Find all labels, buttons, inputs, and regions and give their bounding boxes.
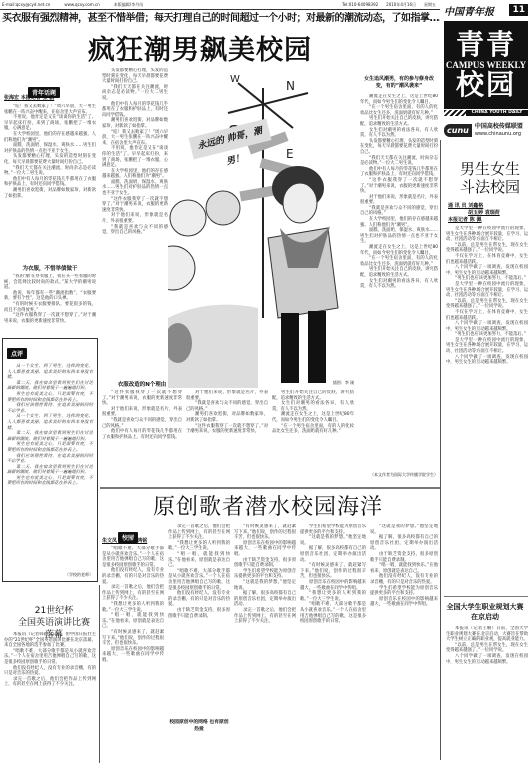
paragraph: “唱歌不难，大部分歌手都是从小就喜欢音乐。”一个人在宿舍里用吉他弹唱自己写的歌，…	[300, 602, 366, 624]
paragraph: “我们天天都在关注潮流，时尚杂志是必读物。”一位大二男生说。	[102, 85, 168, 102]
paragraph: 学生们希望学校能为原创音乐提供更多的平台和支持。	[234, 569, 296, 580]
header-email: E-mail:qcxy@cyd.net.cn	[2, 0, 50, 9]
side-feature-title-line1: 男生女生	[455, 160, 525, 178]
paragraph: 他们中有人每月的零花钱几乎都用在了衣服和护肤品上，有时还向同学借钱。	[102, 102, 168, 119]
page-number: 11	[509, 4, 528, 16]
paper-logo: 中国青年报	[444, 3, 494, 18]
paragraph: 据了解，很多高校都有自己的原创音乐社团，定期举办演出活动。	[234, 591, 296, 608]
paragraph: “有的时候买衣服要排队，要花很多的钱，而且不舍得放弃。”	[4, 302, 96, 313]
paragraph: 录完一首歌之后，他们会把作品上传到网上，有的甚至在网上获得了不少关注。	[4, 677, 96, 688]
union-url[interactable]: www.chinaunu.org	[475, 131, 521, 137]
deck-subheadline: 买衣服有强烈精神，甚至不惜举借；每天打理自己的时间超过一个小时；对最新的潮流动态…	[2, 12, 440, 26]
paragraph: “这件衣服我穿了一次就不想穿了。”对于潮男来说，衣服的更新速度非常快。	[102, 390, 182, 407]
main-byline: 张海宏 本报记者 张 鹏	[4, 94, 98, 101]
paragraph: “唱一唱，就能找到快乐。”在他看来，原创就是表达自己。	[370, 563, 438, 574]
commentary-credit: （学校的老师）	[3, 572, 97, 578]
paragraph: 是大学里一种在校园中流行的现象，男生女生在各种场合展开较量，在学习、运动、社团活…	[446, 282, 528, 299]
paragraph: “这件衣服我穿了一次就不想穿了。”对于潮男来说，衣服的更新速度非常快。	[360, 178, 438, 195]
paragraph: 对于他们来说，形象就是名片，外表很重要。	[102, 213, 168, 224]
paragraph: 不用说，他肯定是又在“谈谈你的生活”了。早早起床打扮，来到了商场，张鹏把了一堆衣…	[4, 115, 96, 132]
paragraph: “这件衣服我穿了一次就不想穿了。”对于潮男来说，衣服的更新速度非常快。	[102, 197, 168, 214]
paragraph: “我就是喜欢与众不同的感觉，穿出自己的风格。”	[360, 206, 438, 217]
paragraph: 本报讯（记者韩新）日前，由中国日报社主办的“21世纪杯”全国英语演讲比赛在北京落…	[4, 632, 96, 649]
paragraph: “我就是喜欢与众不同的感觉，穿出自己的风格。”	[102, 418, 182, 429]
paragraph: 他们中有人每月的零花钱几乎都用在了衣服和护肤品上，有时还向同学借钱。	[102, 429, 182, 440]
union-block: cunu 中国高校传媒联盟 www.chinaunu.org	[444, 123, 528, 138]
paragraph: 女生们对潮男的看法各异，有人欣赏，有人不以为然。	[272, 401, 354, 412]
paragraph: 由于缺乏资金支持，很多原创歌手只能自费录制。	[168, 608, 230, 619]
paragraph: 对于他们来说，形象就是名片，外表很重要。	[102, 407, 182, 418]
paragraph: 男生们开始关注自己的皮肤，讲究搭配，追求精致的生活方式。	[272, 390, 354, 401]
paragraph: 学生们希望学校能为原创音乐提供更多的平台和支持。	[370, 586, 438, 597]
commentary-tag: 点评	[7, 348, 27, 359]
main-column-3: 对于他们来说，形象就是名片，外表很重要。 “我就是喜欢与众不同的感觉，穿出自己的…	[186, 390, 268, 482]
paragraph: “唱一唱，就能找到快乐。”在他看来，原创就是表达自己。	[168, 552, 230, 569]
paragraph: “在一个男生宿舍里面，有的人的化妆品比女生还多，洗面奶就有好几种。”	[360, 256, 438, 267]
side-feature-title-line2: 斗法校园	[455, 178, 525, 196]
main-column-5: 潮流走在女生之上，这是上世纪80年代，而如今男生们的变化令人瞩目。 “在一个男生…	[360, 94, 438, 428]
paragraph: “我的‘潮’在穿衣服上，我在买一些衣服的时候，会选择比较时尚的款式。”某大学的潮…	[4, 274, 96, 291]
china-youth-daily-label: CHINA YOUTH DAILY	[466, 110, 528, 116]
side-feature-title: 男生女生 斗法校园	[455, 160, 525, 196]
nameplate-top: 青青	[456, 30, 516, 60]
paragraph: 八个同学做了一项调查，发现在校园中，男生女生的互动越来越频繁。	[446, 265, 528, 276]
paragraph: 他们没有经纪人，没有专业的录音棚，有的只是对音乐的热爱。	[168, 591, 230, 608]
second-column-5: “这就是我的梦想。”他坚定地说。 据了解，很多高校都有自己的原创音乐社团，定期举…	[370, 524, 438, 762]
main-credit: （本文作者为国际大学传播学院学生）	[360, 472, 438, 478]
fashion-illustration: S N W E 插图：李 刚	[168, 68, 358, 388]
paragraph: 第二天，我在宿舍里看到男生们在讨论最新的潮流，他们对着镜子一遍遍地打扮。	[7, 431, 93, 442]
svg-text:W: W	[230, 74, 240, 85]
paragraph: 从一个女生，到了男生，这样的变化，人人都喜欢美丽，追求美好的东西本身没有错。	[7, 414, 93, 431]
svg-text:E: E	[286, 147, 294, 161]
commentary-box: 点评 从一个女生，到了男生，这样的变化，人人都喜欢美丽，追求美好的东西本身没有错…	[2, 338, 98, 582]
paragraph: 在大学校园里，他们的存在感越来越强。人们称他们为“潮男”。	[4, 132, 96, 143]
story-divider	[100, 487, 440, 489]
side-feature-text: 是大学里一种在校园中流行的现象，男生女生在各种场合展开较量，在学习、运动、社团活…	[446, 226, 528, 596]
second-headline: 原创歌者潜水校园海洋	[138, 494, 398, 524]
paragraph: “这件衣服我穿了一次就不想穿了。”对于潮男来说，衣服的更新速度非常快。	[186, 424, 268, 435]
main-intro-column: “哇！我又去败家了！”周六早晨，大一男生张鹏在一阵兴奋中醒来，在宿舍里大声宣布。…	[4, 104, 96, 260]
paragraph: 他们中有人每月的零花钱几乎都用在了衣服和护肤品上，有时还向同学借钱。	[4, 177, 96, 188]
paragraph: 录完一首歌之后，他们会把作品上传到网上，有的甚至在网上获得了不少关注。	[234, 608, 296, 625]
paragraph: 他们没有经纪人，没有专业的录音棚，有的只是对音乐的热爱。	[102, 568, 164, 585]
paragraph: 我们应该理性看待，在追求美丽的同时不忘学业。	[7, 403, 93, 414]
paragraph: 男生也有爱美之心，只是需要有度，不要把所有的时间和金钱都花在外表上。	[7, 476, 93, 487]
paragraph: 潮男们喜欢逛街，对品牌如数家珍，对新款了如指掌。	[4, 188, 96, 199]
paragraph: “唱歌不难，大部分歌手都是从小就喜欢音乐。”一个人在宿舍里用吉他弹唱自己写的歌，…	[102, 546, 164, 568]
header-date: 2010年4月16日	[386, 0, 416, 9]
paragraph: 男生们开始关注自己的皮肤，讲究搭配，追求精致的生活方式。	[360, 116, 438, 127]
header-weekday: 星期五	[424, 0, 436, 9]
subhead-1: 为衣服，不惜举债做干	[4, 264, 96, 272]
paragraph: 面膜、洗面奶、保湿水、爽肤水……男生们对护肤品的热情一点也不亚于女生。	[360, 228, 438, 245]
column-rule	[99, 585, 100, 763]
paragraph: 头发都要精心打理，头发的造型时刻在变化，每天早晨都要花费大量时间打扮自己。	[102, 68, 168, 85]
paragraph: 据了解，很多高校都有自己的原创音乐社团，定期举办演出活动。	[370, 535, 438, 552]
nameplate-bottom: 校园	[456, 70, 516, 100]
paragraph: 他们没有经纪人，没有专业的录音棚，有的只是对音乐的热爱。	[4, 666, 96, 677]
byline-line: 胡玉婷 袁瑞荷	[448, 210, 528, 217]
paragraph: 潮男们喜欢逛街，对品牌如数家珍，对新款了如指掌。	[186, 412, 268, 423]
second-column-1: “唱歌不难，大部分歌手都是从小就喜欢音乐。”一个人在宿舍里用吉他弹唱自己写的歌，…	[102, 546, 164, 762]
side-news2-title-line1: 全国大学生职业规划大赛	[440, 602, 530, 612]
paragraph: 由于缺乏资金支持，很多原创歌手只能自费录制。	[234, 558, 296, 569]
paragraph: 由于缺乏资金支持，很多原创歌手只能自费录制。	[370, 552, 438, 563]
paragraph: 不仅在学习上，在体育竞赛中，女生们也越来越活跃。	[446, 310, 528, 321]
divider	[444, 596, 528, 597]
paragraph: 不仅在学习上，在体育竞赛中，女生们也越来越活跃。	[446, 254, 528, 265]
paragraph: “我想让更多的人听到我的歌。”一位大三学生说。	[102, 602, 164, 613]
second-subhead: 校园原创中的网络 也有原创热爱	[168, 718, 230, 732]
byline-line: 本报记者 陈 佩	[448, 217, 528, 224]
paragraph: 他们没有经纪人，没有专业的录音棚，有的只是对音乐的热爱。	[370, 574, 438, 585]
main-column-2: 头发都要精心打理，头发的造型时刻在变化，每天早晨都要花费大量时间打扮自己。 “我…	[102, 68, 168, 338]
paragraph: 在大学校园里，他们的存在感越来越强。人们称他们为“潮男”。	[102, 169, 168, 180]
side-news2-title: 全国大学生职业规划大赛 在京启动	[440, 602, 530, 622]
paragraph: 第二天，我在宿舍里看到男生们在讨论最新的潮流，他们对着镜子一遍遍地打扮。	[7, 381, 93, 392]
side-news1-text: 本报讯（记者韩新）日前，由中国日报社主办的“21世纪杯”全国英语演讲比赛在北京落…	[4, 632, 96, 762]
paragraph: 他说，每年都有一些“潮流指数”，“衣服要新，要有个性”，这是他的口头禅。	[4, 291, 96, 302]
column-rule	[440, 140, 441, 760]
paragraph: 原创音乐在校园中的影响越来越大，一些歌曲在同学中传唱。	[102, 647, 164, 664]
paragraph: 头发都要精心打理，头发的造型时刻在变化，每天早晨都要花费大量时间打扮自己。	[360, 139, 438, 156]
paragraph: “我们天天都在关注潮流，时尚杂志是必读物。”一位大二男生说。	[4, 166, 96, 177]
paragraph: 对于他们来说，形象就是名片，外表很重要。	[186, 390, 268, 401]
paragraph: 潮流走在女生之上，这是上世纪80年代，而如今男生们的变化令人瞩目。	[272, 412, 354, 423]
paragraph: “这就是我的梦想。”他坚定地说。	[370, 524, 438, 535]
paragraph: 八个同学做了一项调查，发现在校园中，男生女生的互动越来越频繁。	[446, 321, 528, 332]
hatch-decoration	[444, 110, 466, 116]
paragraph: 是大学里一种在校园中流行的现象，男生女生在各种场合展开较量，在学习、运动、社团活…	[446, 338, 528, 355]
page-header-strip: E-mail:qcxy@cyd.net.cn www.qcxy.com.cn 本…	[0, 0, 440, 10]
paragraph: 女生们对潮男的看法各异，有人欣赏，有人不以为然。	[360, 128, 438, 139]
paragraph: 从一个女生，到了男生，这样的变化，人人都喜欢美丽，追求美好的东西本身没有错。	[7, 364, 93, 381]
union-name: 中国高校传媒联盟	[475, 123, 523, 130]
paragraph: “有时候灵感来了，就赶紧写下来。”他们说，创作的过程很辛苦，但也很快乐。	[300, 563, 366, 580]
paragraph: “唱歌不难，大部分歌手都是从小就喜欢音乐。”一个人在宿舍里用吉他弹唱自己写的歌，…	[168, 569, 230, 591]
paragraph: 女生们对潮男的看法各异，有人欣赏，有人不以为然。	[360, 279, 438, 290]
paragraph: “唱歌不难，大部分歌手都是从小就喜欢音乐。”一个人在宿舍里用吉他弹唱自己写的歌，…	[4, 649, 96, 666]
second-byline: 朱文凤 刘 贞 黄鸿铭	[102, 537, 168, 544]
masthead-strip: CHINA YOUTH DAILY	[444, 109, 528, 117]
paragraph: 潮流走在女生之上，这是上世纪80年代，而如今男生们的变化令人瞩目。	[360, 94, 438, 105]
side-news1-title-line1: 21世纪杯	[14, 605, 94, 617]
paragraph: “以前，总是男生在帮女生，现在女生变得越来越强了。”一位同学说。	[446, 299, 528, 310]
paragraph: “以前，总是男生在帮女生，现在女生变得越来越强了。”一位同学说。	[446, 243, 528, 254]
paragraph: 录完一首歌之后，他们会把作品上传到网上，有的甚至在网上获得了不少关注。	[168, 524, 230, 541]
paragraph: 录完一首歌之后，他们会把作品上传到网上，有的甚至在网上获得了不少关注。	[102, 585, 164, 602]
paragraph: “我想让更多的人听到我的歌。”一位大三学生说。	[168, 541, 230, 552]
subhead1-column: “我的‘潮’在穿衣服上，我在买一些衣服的时候，会选择比较时尚的款式。”某大学的潮…	[4, 274, 96, 332]
illustration-image: S N W E	[168, 68, 358, 388]
paragraph: “在一个男生宿舍里面，有的人的化妆品比女生还多，洗面奶就有好几种。”	[272, 424, 354, 435]
paragraph: 面膜、洗面奶、保湿水、爽肤水……男生们对护肤品的热情一点也不亚于女生。	[102, 180, 168, 197]
paragraph: 在大学校园里，他们的存在感越来越强。人们称他们为“潮男”。	[360, 217, 438, 228]
paragraph: 学生们希望学校能为原创音乐提供更多的平台和支持。	[300, 524, 366, 535]
paragraph: “这就是我的梦想。”他坚定地说。	[234, 580, 296, 591]
paragraph: 第二天，我在宿舍里看到男生们在讨论最新的潮流，他们对着镜子一遍遍地打扮。	[7, 465, 93, 476]
paragraph: “有时候灵感来了，就赶紧写下来。”他们说，创作的过程很辛苦，但也很快乐。	[234, 524, 296, 541]
paragraph: “我就是喜欢与众不同的感觉，穿出自己的风格。”	[102, 225, 168, 236]
commentary-text: 从一个女生，到了男生，这样的变化，人人都喜欢美丽，追求美好的东西本身没有错。 第…	[3, 362, 97, 572]
paragraph: 据了解，很多高校都有自己的原创音乐社团，定期举办演出活动。	[300, 546, 366, 563]
paragraph: 潮男们喜欢逛街，对品牌如数家珍，对新款了如指掌。	[102, 118, 168, 129]
side-news2-title-line2: 在京启动	[440, 612, 530, 622]
side-feature-byline: 通 讯 员 刘鑫格 胡玉婷 袁瑞荷 本报记者 陈 佩	[448, 203, 528, 224]
paragraph: “唱一唱，就能找到快乐。”在他看来，原创就是表达自己。	[102, 613, 164, 630]
paragraph: 是大学里一种在校园中流行的现象，男生女生在各种场合展开较量，在学习、运动、社团活…	[446, 226, 528, 243]
col4-intro: 女生追风潮男，有的参与修身改变，有的“潮风袭来”	[360, 76, 438, 90]
paragraph: 我们应该理性看待，在追求美丽的同时不忘学业。	[7, 454, 93, 465]
paragraph: “在一个男生宿舍里面，有的人的化妆品比女生还多，洗面奶就有好几种。”	[360, 105, 438, 116]
paragraph: 原创音乐在校园中的影响越来越大，一些歌曲在同学中传唱。	[234, 541, 296, 558]
header-editor: 本版编辑/李丹凤	[114, 0, 143, 9]
paragraph: “我们天天都在关注潮流，时尚杂志是必读物。”一位大二男生说。	[360, 156, 438, 167]
paragraph: “哇！我又去败家了！”周六早晨，大一男生张鹏在一阵兴奋中醒来，在宿舍里大声宣布。	[102, 130, 168, 147]
paragraph: 男生也有爱美之心，只是需要有度，不要把所有的时间和金钱都花在外表上。	[7, 392, 93, 403]
paragraph: “这件衣服我穿了一次就不想穿了。”对于潮男来说，衣服的更新速度非常快。	[4, 313, 96, 324]
paragraph: 男生也有爱美之心，只是需要有度，不要把所有的时间和金钱都花在外表上。	[7, 442, 93, 453]
second-column-4: 学生们希望学校能为原创音乐提供更多的平台和支持。 “这就是我的梦想。”他坚定地说…	[300, 524, 366, 762]
paragraph: “有时候灵感来了，就赶紧写下来。”他们说，创作的过程很辛苦，但也很快乐。	[102, 630, 164, 647]
main-headline: 疯狂潮男飙美校园	[88, 36, 348, 66]
paragraph: 八个同学做了一项调查，发现在校园中，男生女生的互动越来越频繁。	[446, 654, 528, 665]
header-website: www.qcxy.com.cn	[64, 0, 99, 9]
paragraph: “哇！我又去败家了！”周六早晨，大一男生张鹏在一阵兴奋中醒来，在宿舍里大声宣布。	[4, 104, 96, 115]
svg-text:N: N	[286, 79, 295, 93]
paragraph: 原创音乐在校园中的影响越来越大，一些歌曲在同学中传唱。	[370, 597, 438, 608]
paragraph: 男生们开始关注自己的皮肤，讲究搭配，追求精致的生活方式。	[360, 267, 438, 278]
section-nameplate: 青青 CAMPUS WEEKLY 校园	[444, 21, 528, 109]
paragraph: “以前，总是男生在帮女生，现在女生变得越来越强了。”一位同学说。	[446, 643, 528, 654]
paragraph: 原创音乐在校园中的影响越来越大，一些歌曲在同学中传唱。	[300, 580, 366, 591]
paragraph: 面膜、洗面奶、保湿水、爽肤水……男生们对护肤品的热情一点也不亚于女生。	[4, 143, 96, 154]
paragraph: “这就是我的梦想。”他坚定地说。	[300, 535, 366, 546]
illustration-credit: 插图：李 刚	[333, 380, 354, 386]
paragraph: “我就是喜欢与众不同的感觉，穿出自己的风格。”	[186, 401, 268, 412]
paragraph: 八个同学做了一项调查，发现在校园中，男生女生的互动越来越频繁。	[446, 355, 528, 366]
paragraph: 本报讯（记者王楠）日前，全国大学生职业规划大赛在北京启动，大赛旨在帮助大学生树立…	[446, 626, 528, 643]
byline-line: 通 讯 员 刘鑫格	[448, 203, 528, 210]
second-column-3: “有时候灵感来了，就赶紧写下来。”他们说，创作的过程很辛苦，但也很快乐。 原创音…	[234, 524, 296, 762]
main-column-2b: “这件衣服我穿了一次就不想穿了。”对于潮男来说，衣服的更新速度非常快。 对于他们…	[102, 390, 182, 482]
paragraph: “我想让更多的人听到我的歌。”一位大三学生说。	[300, 591, 366, 602]
union-logo-icon: cunu	[444, 124, 472, 137]
side-news2-text: 本报讯（记者王楠）日前，全国大学生职业规划大赛在北京启动，大赛旨在帮助大学生树立…	[446, 626, 528, 762]
paragraph: 他们中有人每月的零花钱几乎都用在了衣服和护肤品上，有时还向同学借钱。	[360, 167, 438, 178]
paragraph: 潮流走在女生之上，这是上世纪80年代，而如今男生们的变化令人瞩目。	[360, 245, 438, 256]
main-column-4: 男生们开始关注自己的皮肤，讲究搭配，追求精致的生活方式。 女生们对潮男的看法各异…	[272, 390, 354, 482]
paragraph: 头发都要精心打理，头发的造型时刻在变化，每天早晨都要花费大量时间打扮自己。	[4, 154, 96, 165]
masthead: 中国青年报 11 青青 CAMPUS WEEKLY 校园 CHINA YOUTH…	[444, 2, 528, 140]
header-phone: Tel:010-64098392	[342, 0, 378, 9]
paragraph: 对于他们来说，形象就是名片，外表很重要。	[360, 195, 438, 206]
paragraph: 不用说，他肯定是又在“谈谈你的生活”了。早早起床打扮，来到了商场，张鹏把了一堆衣…	[102, 146, 168, 168]
